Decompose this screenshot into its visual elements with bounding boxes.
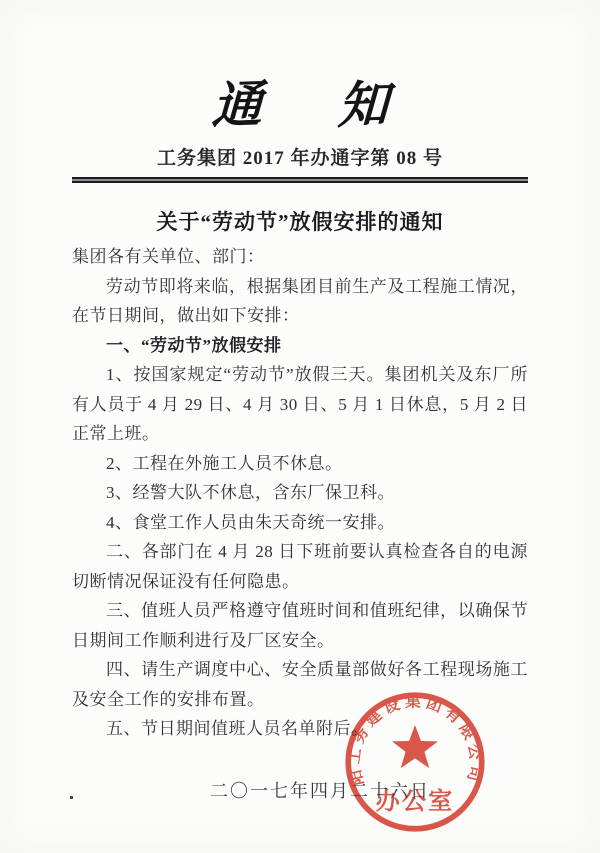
notice-body: 集团各有关单位、部门： 劳动节即将来临，根据集团目前生产及工程施工情况，在节日期… — [72, 242, 528, 744]
paragraph-section-1-heading: 一、“劳动节”放假安排 — [72, 331, 528, 361]
paragraph-item-3: 3、经警大队不休息，含东厂保卫科。 — [72, 478, 528, 508]
paragraph-section-4: 四、请生产调度中心、安全质量部做好各工程现场施工及安全工作的安排布置。 — [72, 655, 528, 714]
divider-rule — [72, 177, 528, 183]
salutation: 集团各有关单位、部门： — [72, 242, 528, 272]
notice-title: 通 知 — [72, 0, 528, 130]
notice-content: 通 知 工务集团 2017 年办通字第 08 号 关于“劳动节”放假安排的通知 … — [0, 0, 600, 803]
subject-heading: 关于“劳动节”放假安排的通知 — [72, 206, 528, 236]
paragraph-section-2: 二、各部门在 4 月 28 日下班前要认真检查各自的电源切断情况保证没有任何隐患… — [72, 537, 528, 596]
paragraph-section-5: 五、节日期间值班人员名单附后。 — [72, 714, 528, 744]
paragraph-intro: 劳动节即将来临，根据集团目前生产及工程施工情况，在节日期间，做出如下安排： — [72, 272, 528, 331]
paragraph-item-1: 1、按国家规定“劳动节”放假三天。集团机关及东厂所有人员于 4 月 29 日、4… — [72, 360, 528, 449]
paragraph-section-3: 三、值班人员严格遵守值班时间和值班纪律，以确保节日期间工作顺利进行及厂区安全。 — [72, 596, 528, 655]
paragraph-item-4: 4、食堂工作人员由朱天奇统一安排。 — [72, 508, 528, 538]
doc-number: 工务集团 2017 年办通字第 08 号 — [72, 143, 528, 170]
notice-title-char-1: 通 — [211, 79, 263, 131]
paragraph-item-2: 2、工程在外施工人员不休息。 — [72, 449, 528, 479]
scanned-notice-page: 通 知 工务集团 2017 年办通字第 08 号 关于“劳动节”放假安排的通知 … — [0, 0, 600, 853]
notice-title-char-2: 知 — [337, 79, 389, 131]
scan-speck — [70, 796, 73, 799]
date-line: 二〇一七年四月二十六日 — [72, 777, 528, 803]
